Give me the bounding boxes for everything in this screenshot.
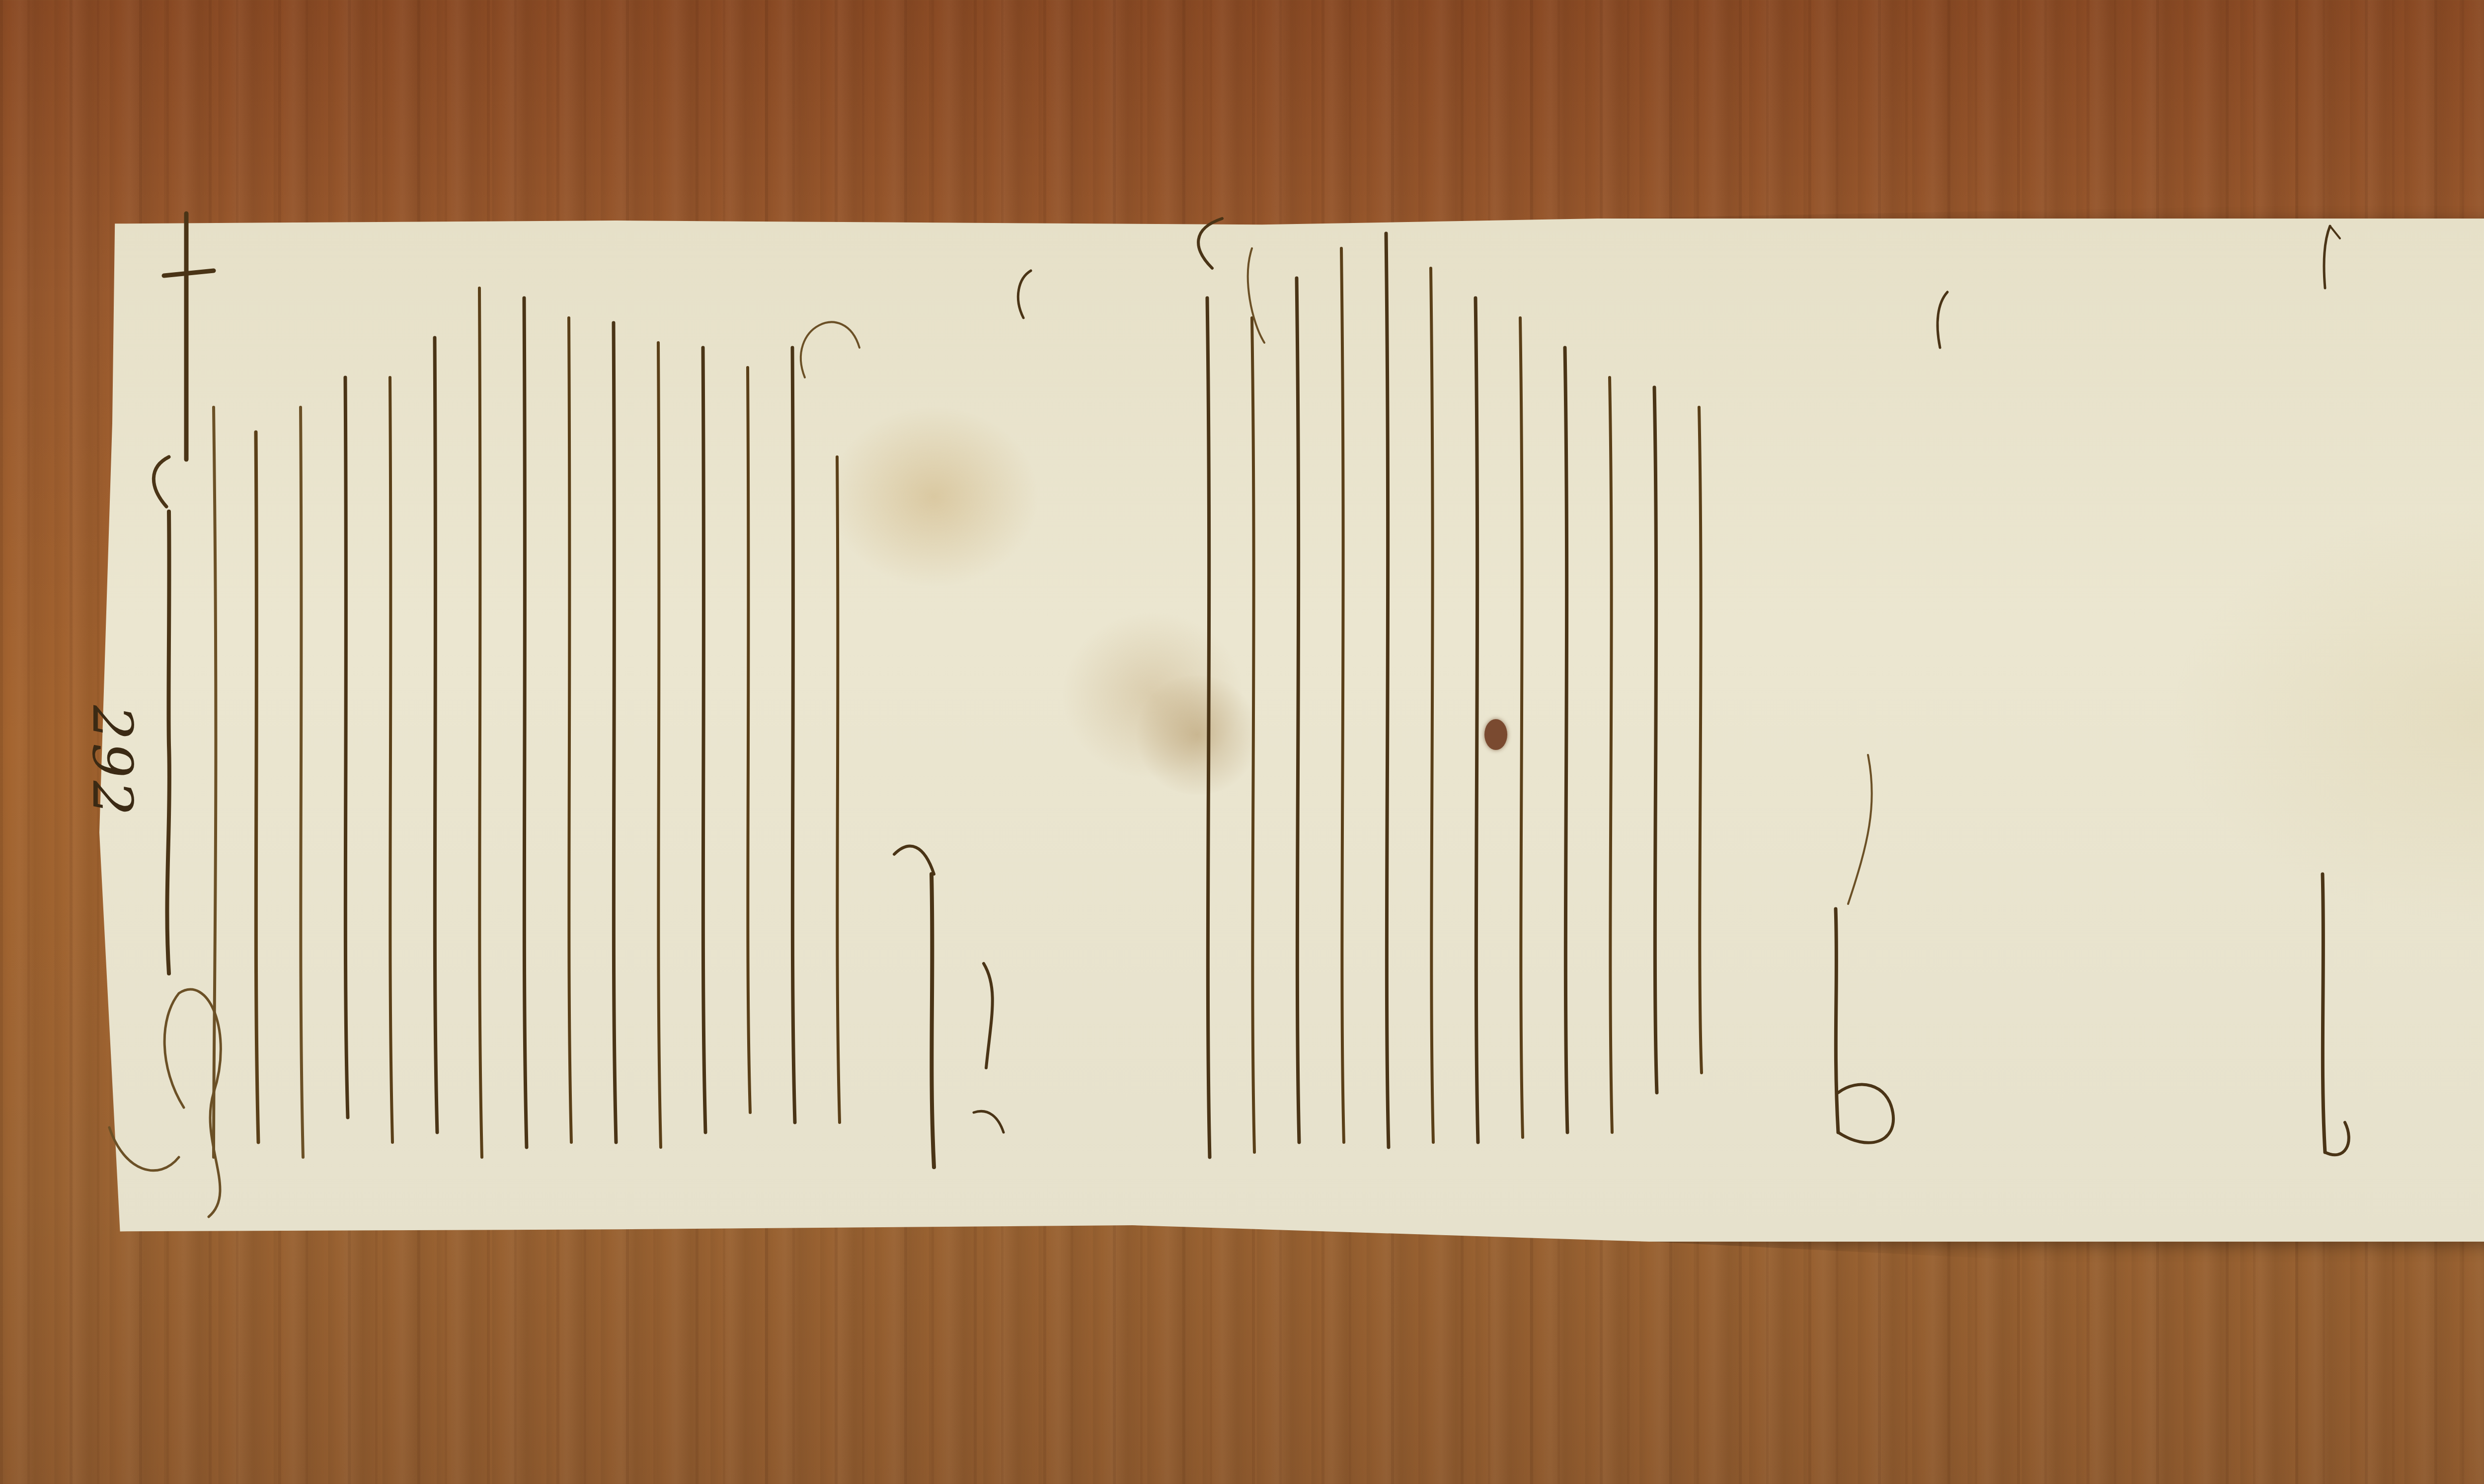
manuscript-page <box>99 219 2484 1242</box>
folio-number: 292 <box>80 705 144 818</box>
water-stain <box>1133 675 1262 795</box>
wormhole <box>1484 719 1507 750</box>
photo-scene: 292 <box>0 0 2484 1484</box>
